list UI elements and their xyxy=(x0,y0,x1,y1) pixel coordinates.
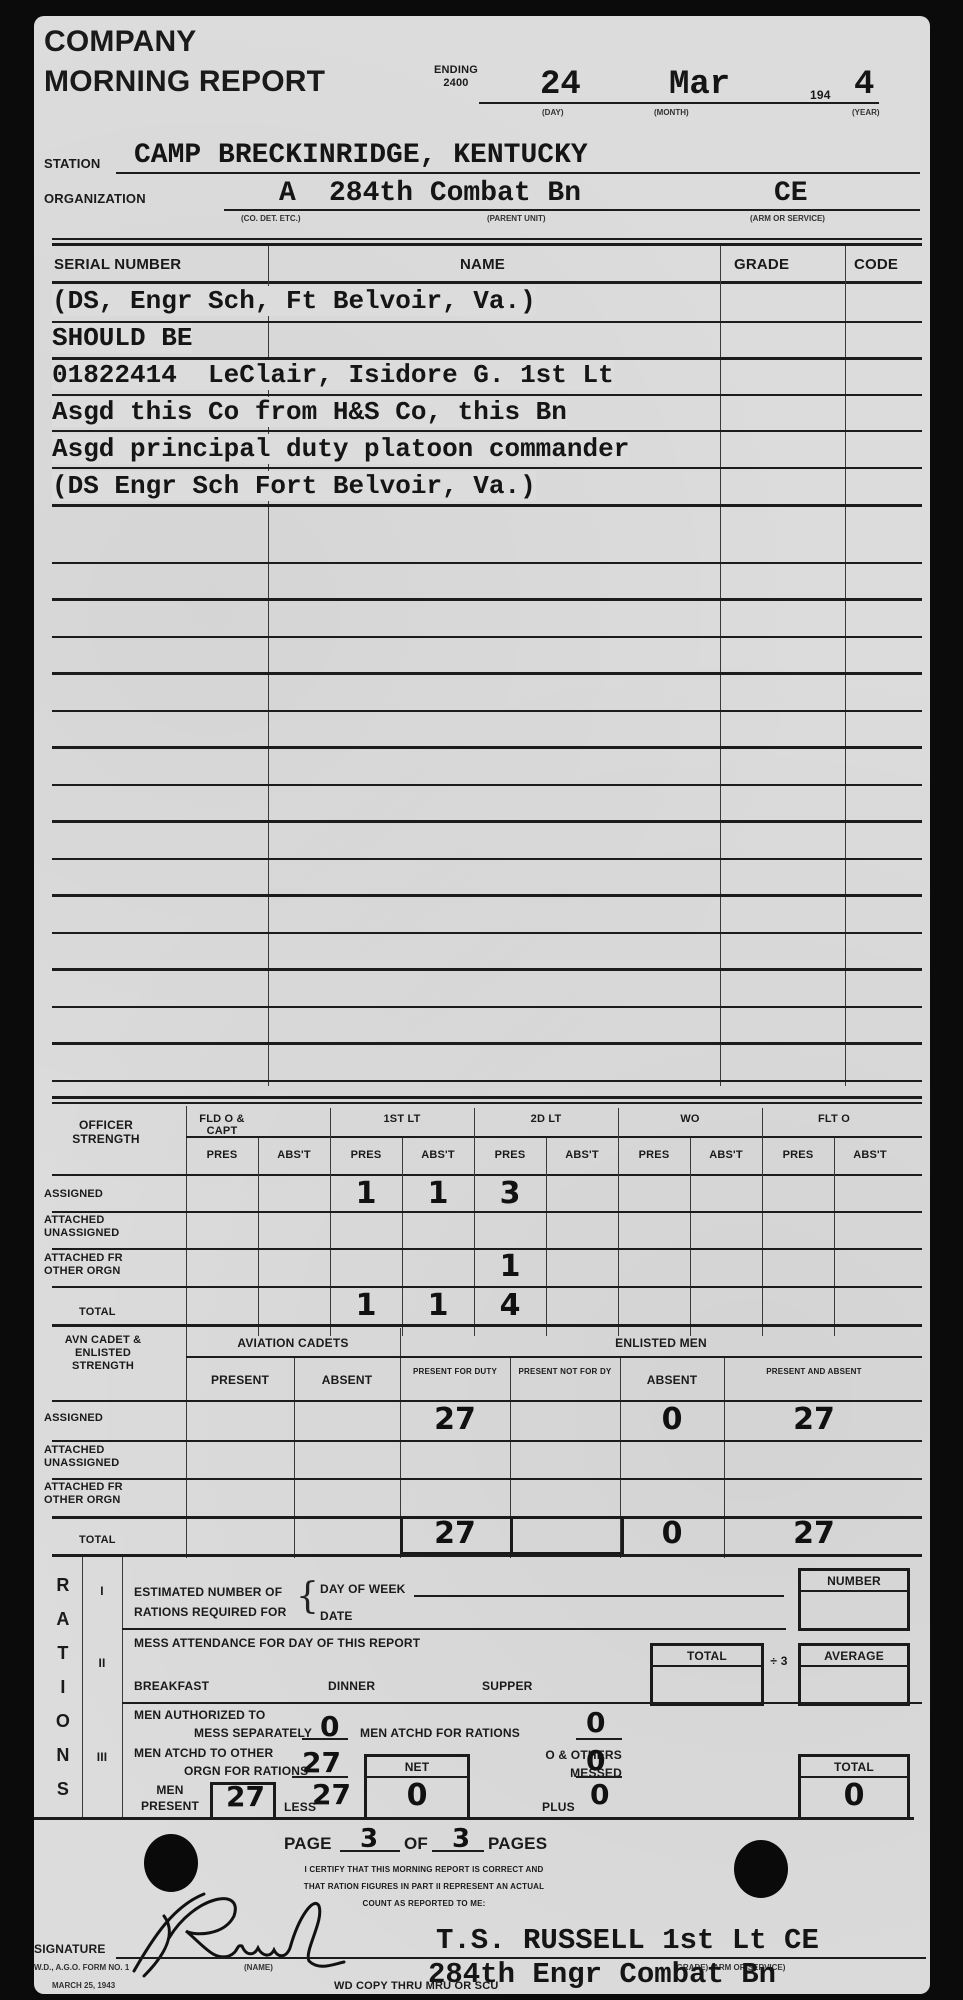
sub-pres: PRES xyxy=(474,1149,546,1161)
divide-by-3-label: ÷ 3 xyxy=(768,1654,790,1668)
rule xyxy=(122,1702,922,1704)
sub-abst: ABS'T xyxy=(834,1149,906,1161)
men-present-label: MEN PRESENT xyxy=(130,1782,210,1814)
rule xyxy=(52,1554,922,1557)
day-of-week-label: DAY OF WEEK xyxy=(320,1582,406,1596)
enlisted-assigned-present-and-absent: 27 xyxy=(754,1402,874,1437)
officer-vline xyxy=(762,1108,763,1336)
officer-total-1stlt-pres: 1 xyxy=(330,1288,402,1323)
entry-line-1: (DS, Engr Sch, Ft Belvoir, Va.) xyxy=(52,286,536,316)
rations-letter: R xyxy=(48,1568,78,1602)
signature-icon xyxy=(124,1876,354,1986)
rations-letter: N xyxy=(48,1738,78,1772)
officer-group-1st-lt: 1ST LT xyxy=(330,1113,474,1125)
officer-group-2d-lt: 2D LT xyxy=(474,1113,618,1125)
men-atchd-rations-value: 0 xyxy=(586,1706,605,1739)
col-enlisted-absent: ABSENT xyxy=(620,1373,724,1387)
header-divider-2 xyxy=(52,243,922,246)
officer-assigned-2dlt-pres: 3 xyxy=(474,1176,546,1211)
enlisted-row-total: TOTAL xyxy=(79,1534,116,1546)
number-box-divider xyxy=(798,1590,910,1592)
rule xyxy=(52,932,922,934)
entry-line-4: Asgd this Co from H&S Co, this Bn xyxy=(52,397,567,427)
brace-icon: { xyxy=(296,1576,319,1617)
officer-strength-title: OFFICER STRENGTH xyxy=(56,1118,156,1146)
rule xyxy=(52,1211,922,1213)
station-underline xyxy=(116,172,920,174)
organization-label: ORGANIZATION xyxy=(44,191,146,206)
day-caption: (DAY) xyxy=(542,108,563,117)
rule xyxy=(52,1478,922,1480)
rations-letter: A xyxy=(48,1602,78,1636)
entry-line-3: 01822414 LeClair, Isidore G. 1st Lt xyxy=(52,360,614,390)
officer-row-assigned: ASSIGNED xyxy=(44,1188,103,1200)
entry-line-5: Asgd principal duty platoon commander xyxy=(52,434,629,464)
enlisted-vline xyxy=(186,1328,187,1558)
rule xyxy=(52,968,922,971)
form-date: MARCH 25, 1943 xyxy=(52,1981,115,1990)
plus-value: 0 xyxy=(590,1778,609,1811)
men-authorized-line1: MEN AUTHORIZED TO xyxy=(134,1708,265,1722)
rule xyxy=(34,1817,914,1820)
men-authorized-value: 0 xyxy=(320,1710,339,1743)
rations-section-1: I xyxy=(82,1584,122,1598)
date-label: DATE xyxy=(320,1609,353,1623)
year-caption: (YEAR) xyxy=(852,108,880,117)
page-value: 3 xyxy=(360,1824,378,1854)
rule xyxy=(52,894,922,897)
men-atchd-other-line2: ORGN FOR RATIONS xyxy=(184,1764,308,1778)
enlisted-assigned-absent: 0 xyxy=(620,1402,724,1437)
net-value: 0 xyxy=(364,1778,470,1813)
rule xyxy=(122,1628,786,1630)
rule xyxy=(52,636,922,638)
col-present-not-for-duty: PRESENT NOT FOR DY xyxy=(510,1366,620,1378)
ending-label-line2: 2400 xyxy=(434,77,478,90)
supper-label: SUPPER xyxy=(482,1679,533,1693)
men-atchd-other-line1: MEN ATCHD TO OTHER xyxy=(134,1746,273,1760)
rule xyxy=(52,467,922,469)
rule xyxy=(52,1102,922,1104)
caption-arm-service: (ARM OR SERVICE) xyxy=(750,214,825,223)
rations-side-label: R A T I O N S xyxy=(48,1568,78,1806)
officer-vline xyxy=(546,1138,547,1336)
col-header-name: NAME xyxy=(460,256,505,273)
officer-group-flt-o: FLT O xyxy=(762,1113,906,1125)
ending-label: ENDING 2400 xyxy=(434,64,478,90)
mess-total-divider xyxy=(650,1665,764,1667)
rations-total-label: TOTAL xyxy=(798,1760,910,1774)
officer-assigned-1stlt-abst: 1 xyxy=(402,1176,474,1211)
rations-letter: T xyxy=(48,1636,78,1670)
day-of-week-line xyxy=(414,1595,784,1597)
sub-abst: ABS'T xyxy=(402,1149,474,1161)
rule xyxy=(186,1356,922,1358)
men-atchd-other-value: 27 xyxy=(302,1746,341,1779)
organization-underline xyxy=(224,209,920,211)
enlisted-assigned-present-duty: 27 xyxy=(400,1402,510,1437)
header-rule xyxy=(52,281,922,284)
col-present-for-duty: PRESENT FOR DUTY xyxy=(400,1366,510,1378)
form-title-line2: MORNING REPORT xyxy=(44,66,325,98)
officer-group-fld: FLD O & CAPT xyxy=(186,1113,258,1137)
organization-arm: CE xyxy=(774,178,808,209)
sub-pres: PRES xyxy=(762,1149,834,1161)
rule xyxy=(52,504,922,507)
officer-assigned-1stlt-pres: 1 xyxy=(330,1176,402,1211)
rule xyxy=(52,784,922,786)
caption-co-det: (CO. DET. ETC.) xyxy=(241,214,301,223)
col-divider-grade xyxy=(845,246,846,1086)
enlisted-vline xyxy=(724,1356,725,1558)
month-caption: (MONTH) xyxy=(654,108,689,117)
form-number: W.D., A.G.O. FORM NO. 1 xyxy=(34,1963,129,1972)
entry-line-6: (DS Engr Sch Fort Belvoir, Va.) xyxy=(52,471,536,501)
sub-pres: PRES xyxy=(330,1149,402,1161)
rations-vline xyxy=(122,1557,123,1819)
of-label: OF xyxy=(404,1834,428,1854)
col-cadets-present: PRESENT xyxy=(186,1373,294,1387)
group-enlisted-men: ENLISTED MEN xyxy=(400,1336,922,1350)
day-value: 24 xyxy=(540,66,581,104)
enlisted-strength-title: AVN CADET & ENLISTED STRENGTH xyxy=(48,1334,158,1373)
name-caption: (NAME) xyxy=(244,1963,273,1972)
mess-total-label: TOTAL xyxy=(650,1649,764,1663)
mess-attendance-title: MESS ATTENDANCE FOR DAY OF THIS REPORT xyxy=(134,1636,420,1650)
rule xyxy=(52,1006,922,1008)
o-others-line2: MESSED xyxy=(542,1764,622,1782)
year-prefix: 194 xyxy=(810,88,831,102)
estimated-line2: RATIONS REQUIRED FOR xyxy=(134,1602,286,1622)
rations-letter: I xyxy=(48,1670,78,1704)
rule xyxy=(52,858,922,860)
rule xyxy=(52,357,922,360)
less-value: 27 xyxy=(312,1778,351,1811)
col-present-and-absent: PRESENT AND ABSENT xyxy=(754,1366,874,1378)
enlisted-row-attached-other: ATTACHED FR OTHER ORGN xyxy=(44,1481,154,1507)
men-present-line2: PRESENT xyxy=(130,1798,210,1814)
rations-letter: O xyxy=(48,1704,78,1738)
year-digit: 4 xyxy=(854,66,874,104)
sub-pres: PRES xyxy=(618,1149,690,1161)
form-title-line1: COMPANY xyxy=(44,26,197,58)
rule xyxy=(52,321,922,323)
station-label: STATION xyxy=(44,156,101,171)
officer-total-1stlt-abst: 1 xyxy=(402,1288,474,1323)
officer-row-total: TOTAL xyxy=(79,1306,116,1318)
rations-section-2: II xyxy=(82,1656,122,1670)
enlisted-total-absent: 0 xyxy=(620,1516,724,1551)
rule xyxy=(52,394,922,396)
organization-company: A xyxy=(279,178,296,209)
officer-col-divider xyxy=(186,1106,187,1336)
rations-total-value: 0 xyxy=(798,1778,910,1813)
men-present-value: 27 xyxy=(226,1780,265,1813)
men-atchd-rations-label: MEN ATCHD FOR RATIONS xyxy=(360,1726,520,1740)
rations-letter: S xyxy=(48,1772,78,1806)
rule xyxy=(52,672,922,675)
officer-vline xyxy=(834,1138,835,1336)
entry-line-2: SHOULD BE xyxy=(52,323,192,353)
number-label: NUMBER xyxy=(798,1574,910,1588)
rule xyxy=(52,820,922,823)
average-divider xyxy=(798,1665,910,1667)
organization-parent-unit: 284th Combat Bn xyxy=(329,178,581,209)
enlisted-total-box-divider xyxy=(510,1516,513,1554)
officer-vline xyxy=(258,1138,259,1336)
officer-row-attached-other: ATTACHED FR OTHER ORGN xyxy=(44,1252,154,1278)
officer-group-rule xyxy=(186,1136,922,1138)
col-header-serial: SERIAL NUMBER xyxy=(54,256,181,273)
officer-vline xyxy=(690,1138,691,1336)
o-others-value: 0 xyxy=(586,1744,605,1777)
rule xyxy=(52,1096,922,1099)
typed-signer-name: T.S. RUSSELL 1st Lt CE xyxy=(436,1924,819,1957)
col-header-grade: GRADE xyxy=(734,256,789,273)
average-label: AVERAGE xyxy=(798,1649,910,1663)
rule xyxy=(52,1080,922,1082)
rule xyxy=(52,562,922,564)
breakfast-label: BREAKFAST xyxy=(134,1679,209,1693)
net-label: NET xyxy=(364,1760,470,1774)
officer-row-attached-unassigned: ATTACHED UNASSIGNED xyxy=(44,1214,154,1240)
caption-parent-unit: (PARENT UNIT) xyxy=(487,214,546,223)
punch-hole-right xyxy=(734,1840,788,1898)
enlisted-total-present-duty: 27 xyxy=(400,1516,510,1551)
enlisted-row-assigned: ASSIGNED xyxy=(44,1412,103,1424)
sub-abst: ABS'T xyxy=(258,1149,330,1161)
col-cadets-absent: ABSENT xyxy=(294,1373,400,1387)
officer-group-wo: WO xyxy=(618,1113,762,1125)
rations-section-3: III xyxy=(82,1750,122,1764)
page-label: PAGE xyxy=(284,1834,332,1854)
pages-label: PAGES xyxy=(488,1834,547,1854)
rule xyxy=(52,598,922,601)
rule xyxy=(52,710,922,712)
station-value: CAMP BRECKINRIDGE, KENTUCKY xyxy=(134,140,588,171)
rule xyxy=(52,746,922,749)
morning-report-form: COMPANY MORNING REPORT ENDING 2400 24 Ma… xyxy=(34,16,930,1994)
rule xyxy=(52,1440,922,1442)
rule xyxy=(52,1324,922,1327)
of-value: 3 xyxy=(452,1824,470,1854)
officer-attached-2dlt-pres: 1 xyxy=(474,1249,546,1284)
plus-label: PLUS xyxy=(542,1800,575,1814)
header-divider-1 xyxy=(52,238,922,240)
rule xyxy=(52,1042,922,1045)
rations-estimated-label: ESTIMATED NUMBER OF RATIONS REQUIRED FOR xyxy=(134,1582,286,1622)
o-others-line1: O & OTHERS xyxy=(542,1746,622,1764)
estimated-line1: ESTIMATED NUMBER OF xyxy=(134,1582,286,1602)
rule xyxy=(52,430,922,432)
officer-vline xyxy=(618,1108,619,1336)
ending-label-line1: ENDING xyxy=(434,64,478,77)
month-value: Mar xyxy=(669,66,730,104)
wd-copy-note: WD COPY THRU MRU OR SCU xyxy=(334,1980,499,1992)
col-divider-name xyxy=(720,246,721,1086)
sub-pres: PRES xyxy=(186,1149,258,1161)
men-present-line1: MEN xyxy=(130,1782,210,1798)
col-header-code: CODE xyxy=(854,256,898,273)
enlisted-row-attached-unassigned: ATTACHED UNASSIGNED xyxy=(44,1444,154,1470)
officer-total-2dlt-pres: 4 xyxy=(474,1288,546,1323)
men-authorized-line2: MESS SEPARATELY xyxy=(194,1726,312,1740)
dinner-label: DINNER xyxy=(328,1679,375,1693)
sub-abst: ABS'T xyxy=(690,1149,762,1161)
sub-abst: ABS'T xyxy=(546,1149,618,1161)
group-aviation-cadets: AVIATION CADETS xyxy=(186,1336,400,1350)
enlisted-total-present-and-absent: 27 xyxy=(754,1516,874,1551)
signature-label: SIGNATURE xyxy=(34,1942,106,1956)
